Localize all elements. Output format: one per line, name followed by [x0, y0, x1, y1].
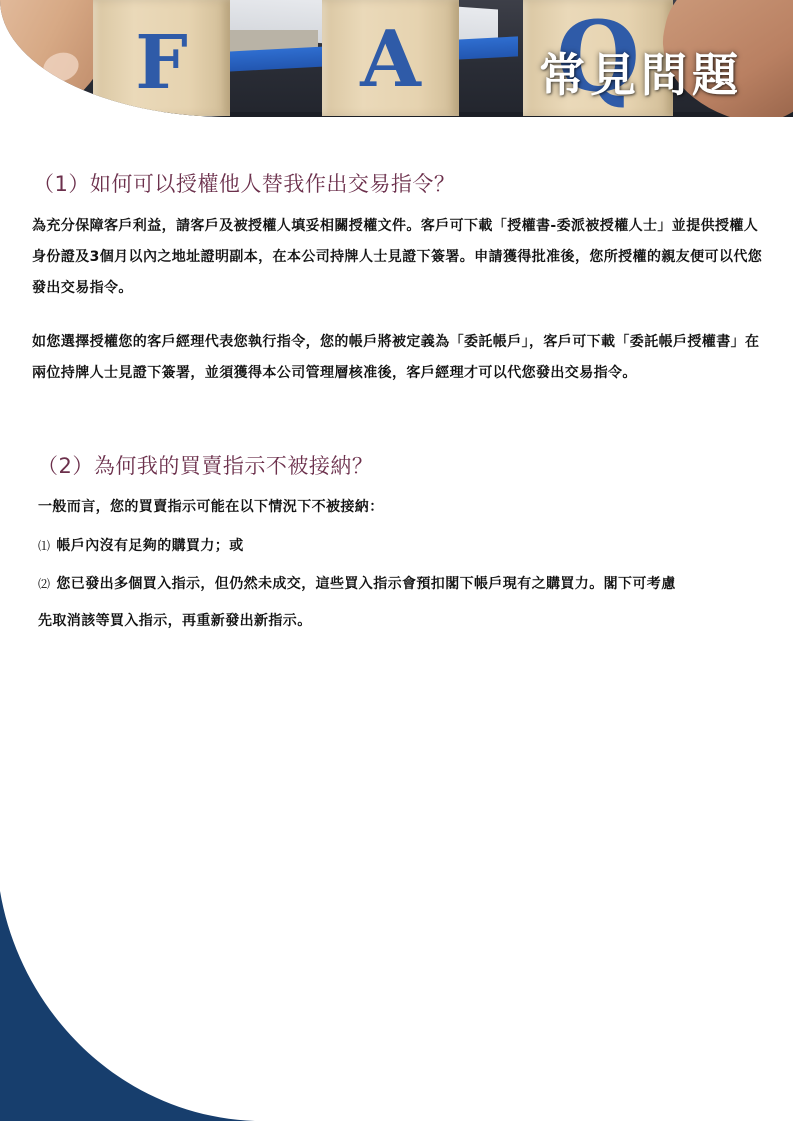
- wooden-block-f: F: [93, 0, 230, 116]
- faq-question-1: （1）如何可以授權他人替我作出交易指令？: [33, 174, 455, 195]
- decorative-corner-curve: [0, 891, 260, 1121]
- list-number: ⑴: [38, 539, 50, 553]
- faq-answer-1-paragraph-2: 如您選擇授權您的客戶經理代表您執行指令，您的帳戶將被定義為「委託帳戶」，客戶可下…: [32, 327, 767, 389]
- page-title: 常見問題: [539, 52, 743, 98]
- faq-banner: F A Q 常見問題: [0, 0, 793, 117]
- thumbnail-graphic: [39, 48, 82, 86]
- list-item-text: 帳戶內沒有足夠的購買力；或: [56, 538, 243, 554]
- block-letter: A: [322, 14, 459, 105]
- faq-answer-2-item-2: ⑵您已發出多個買入指示，但仍然未成交，這些買入指示會預扣閣下帳戶現有之購買力。閣…: [38, 577, 676, 591]
- wooden-block-a: A: [322, 0, 459, 116]
- faq-answer-2-intro: 一般而言，您的買賣指示可能在以下情況下不被接納：: [38, 500, 384, 514]
- faq-answer-1-paragraph-1: 為充分保障客戶利益，請客戶及被授權人填妥相關授權文件。客戶可下載「授權書-委派被…: [32, 211, 767, 304]
- faq-answer-2-item-1: ⑴帳戶內沒有足夠的購買力；或: [38, 539, 244, 553]
- faq-answer-2-continuation: 先取消該等買入指示，再重新發出新指示。: [38, 614, 312, 628]
- list-item-text: 您已發出多個買入指示，但仍然未成交，這些買入指示會預扣閣下帳戶現有之購買力。閣下…: [56, 576, 675, 592]
- list-number: ⑵: [38, 577, 50, 591]
- faq-question-2: （2）為何我的買賣指示不被接納？: [37, 456, 373, 477]
- block-letter: F: [93, 20, 230, 106]
